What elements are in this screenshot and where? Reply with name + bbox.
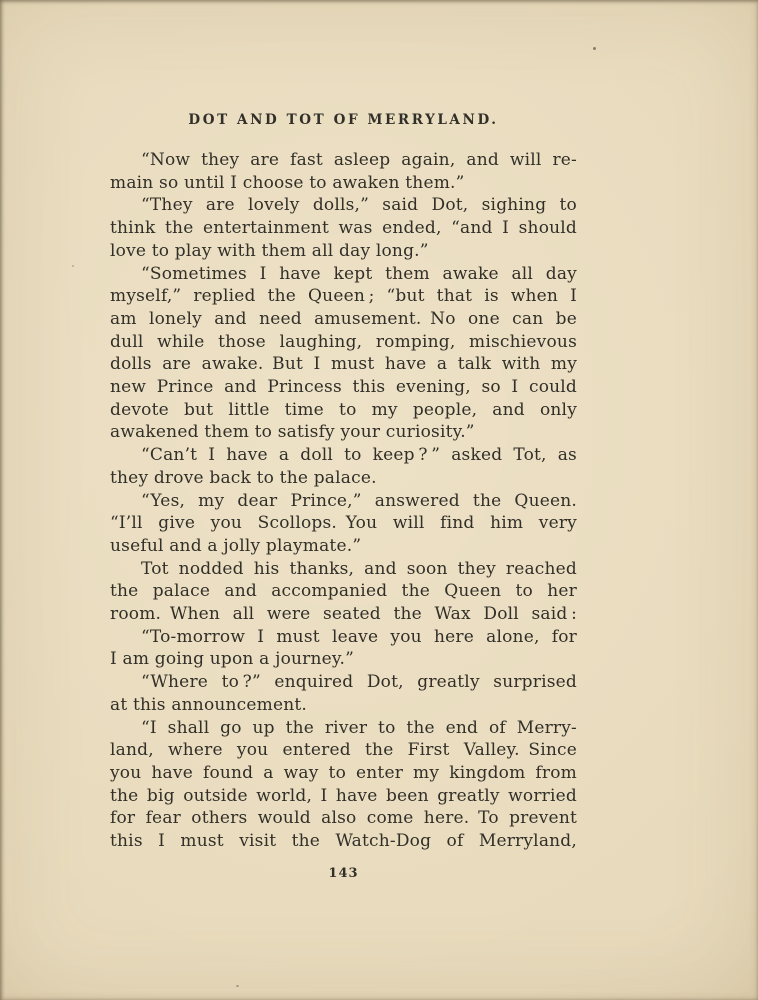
text-line: new Prince and Princess this evening, so… — [110, 376, 577, 399]
text-line: useful and a jolly playmate.” — [110, 535, 577, 558]
text-line: love to play with them all day long.” — [110, 240, 577, 263]
text-line: devote but little time to my people, and… — [110, 399, 577, 422]
text-line: awakened them to satisfy your curiosity.… — [110, 421, 577, 444]
text-line: “Yes, my dear Prince,” answered the Quee… — [110, 490, 577, 513]
text-line: am lonely and need amusement. No one can… — [110, 308, 577, 331]
text-line: you have found a way to enter my kingdom… — [110, 762, 577, 785]
text-line: at this announcement. — [110, 694, 577, 717]
book-page: DOT AND TOT OF MERRYLAND. “Now they are … — [0, 0, 758, 1000]
text-line: “Where to ?” enquired Dot, greatly surpr… — [110, 671, 577, 694]
text-line: “Sometimes I have kept them awake all da… — [110, 263, 577, 286]
text-line: for fear others would also come here. To… — [110, 807, 577, 830]
text-line: think the entertainment was ended, “and … — [110, 217, 577, 240]
text-line: land, where you entered the First Valley… — [110, 739, 577, 762]
text-line: Tot nodded his thanks, and soon they rea… — [110, 558, 577, 581]
text-line: dolls are awake. But I must have a talk … — [110, 353, 577, 376]
page-number: 143 — [110, 866, 577, 881]
text-line: “Now they are fast asleep again, and wil… — [110, 149, 577, 172]
text-line: “I shall go up the river to the end of M… — [110, 717, 577, 740]
text-line: the palace and accompanied the Queen to … — [110, 580, 577, 603]
text-line: “They are lovely dolls,” said Dot, sighi… — [110, 194, 577, 217]
paper-speck — [236, 985, 239, 987]
text-line: “I’ll give you Scollops. You will find h… — [110, 512, 577, 535]
text-line: dull while those laughing, romping, misc… — [110, 331, 577, 354]
text-line: “Can’t I have a doll to keep ? ” asked T… — [110, 444, 577, 467]
body-text: “Now they are fast asleep again, and wil… — [110, 149, 577, 853]
text-line: main so until I choose to awaken them.” — [110, 172, 577, 195]
text-line: the big outside world, I have been great… — [110, 785, 577, 808]
text-line: I am going upon a journey.” — [110, 648, 577, 671]
text-line: myself,” replied the Queen ; “but that i… — [110, 285, 577, 308]
text-line: “To-morrow I must leave you here alone, … — [110, 626, 577, 649]
text-line: they drove back to the palace. — [110, 467, 577, 490]
text-line: this I must visit the Watch-Dog of Merry… — [110, 830, 577, 853]
text-line: room. When all were seated the Wax Doll … — [110, 603, 577, 626]
paper-speck — [72, 265, 74, 267]
paper-speck — [593, 47, 596, 50]
running-head: DOT AND TOT OF MERRYLAND. — [110, 112, 577, 128]
